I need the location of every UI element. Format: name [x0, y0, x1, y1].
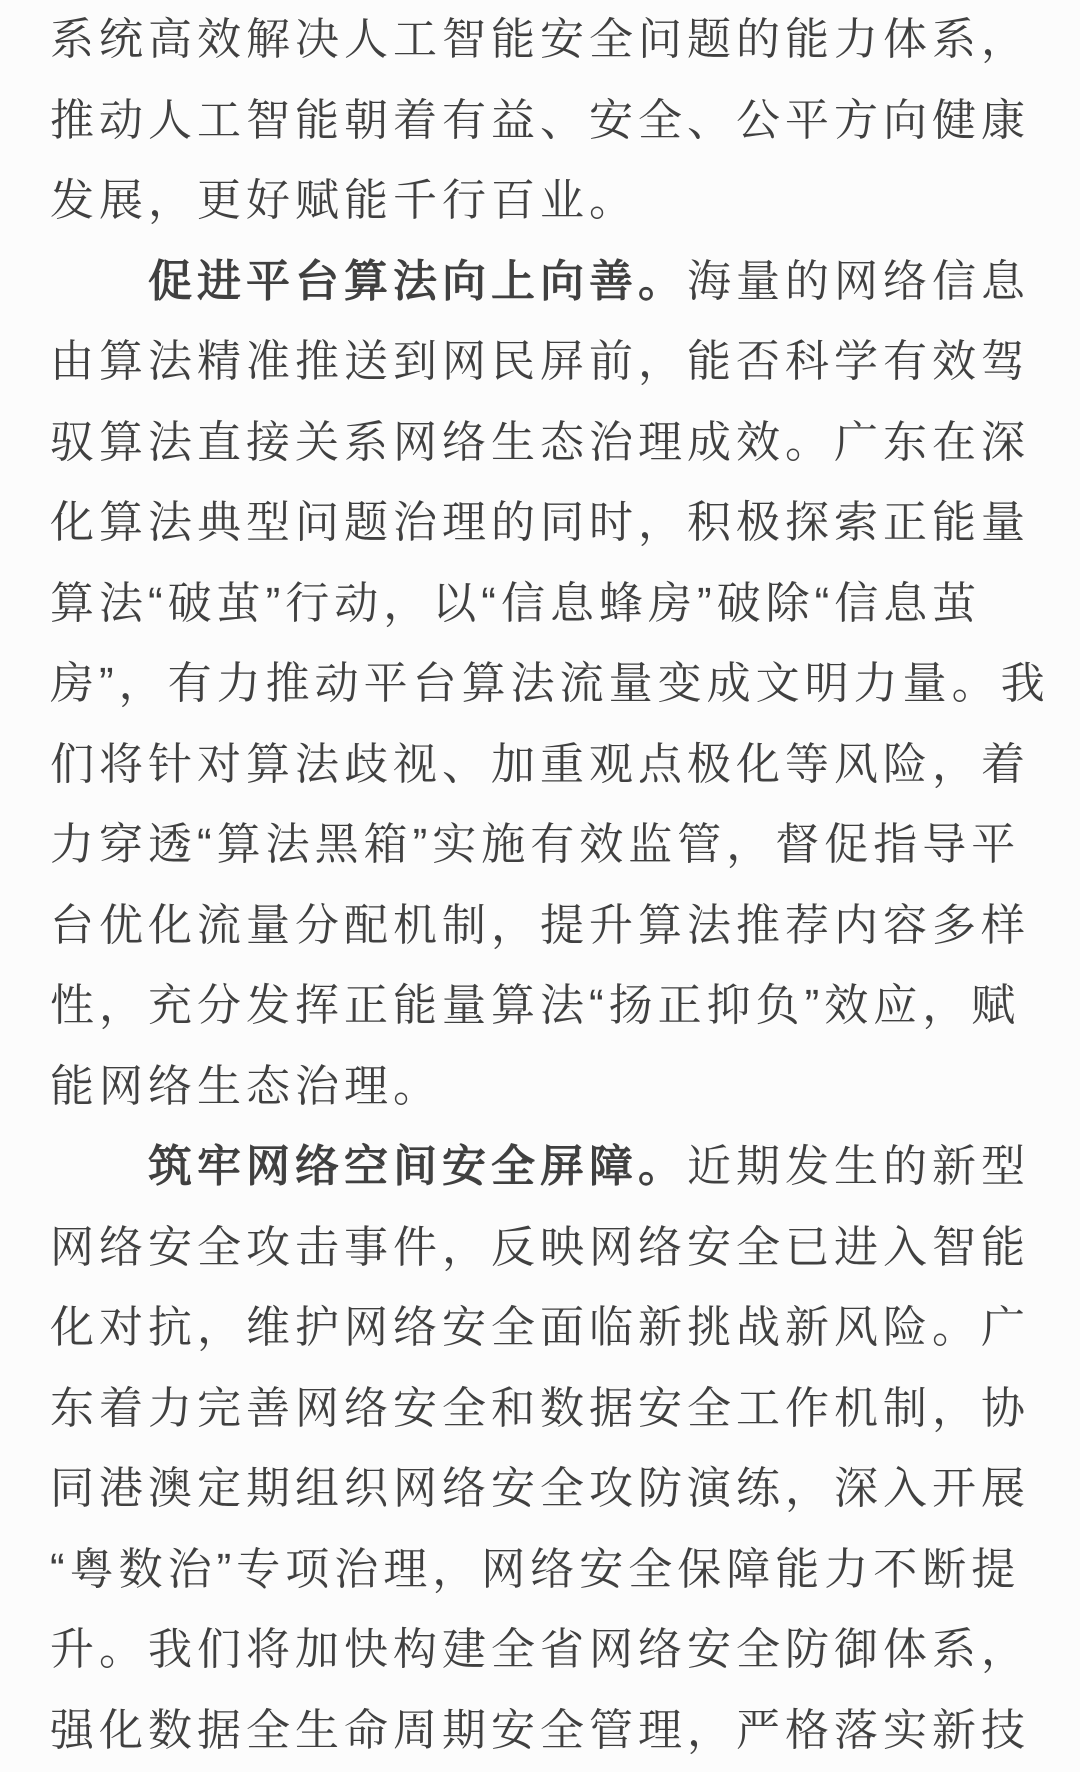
text-line: 升。我们将加快构建全省网络安全防御体系， [50, 1610, 1030, 1691]
text-segment: 房”，有力推动平台算法流量变成文明力量。我 [50, 659, 1050, 708]
text-line: 化对抗，维护网络安全面临新挑战新风险。广 [50, 1288, 1030, 1369]
text-line: 算法“破茧”行动，以“信息蜂房”破除“信息茧 [50, 564, 1030, 645]
text-segment: 驭算法直接关系网络生态治理成效。广东在深 [50, 418, 1030, 467]
text-segment: 们将针对算法歧视、加重观点极化等风险，着 [50, 740, 1030, 789]
text-line: 台优化流量分配机制，提升算法推荐内容多样 [50, 886, 1030, 967]
text-line: 强化数据全生命周期安全管理，严格落实新技 [50, 1691, 1030, 1772]
text-line: 化算法典型问题治理的同时，积极探索正能量 [50, 483, 1030, 564]
text-segment: 近期发生的新型 [687, 1142, 1030, 1191]
text-segment: 网络安全攻击事件，反映网络安全已进入智能 [50, 1223, 1030, 1272]
text-line: 力穿透“算法黑箱”实施有效监管，督促指导平 [50, 805, 1030, 886]
paragraph-lead: 促进平台算法向上向善。 [148, 257, 687, 306]
text-line: 能网络生态治理。 [50, 1047, 1030, 1128]
text-segment: 发展，更好赋能千行百业。 [50, 176, 638, 225]
text-line: 系统高效解决人工智能安全问题的能力体系， [50, 0, 1030, 81]
text-line: 驭算法直接关系网络生态治理成效。广东在深 [50, 403, 1030, 484]
text-line: 由算法精准推送到网民屏前，能否科学有效驾 [50, 322, 1030, 403]
text-segment: 力穿透“算法黑箱”实施有效监管，督促指导平 [50, 820, 1020, 869]
text-segment: 东着力完善网络安全和数据安全工作机制，协 [50, 1384, 1030, 1433]
text-segment: 升。我们将加快构建全省网络安全防御体系， [50, 1625, 1030, 1674]
text-line: 促进平台算法向上向善。海量的网络信息 [50, 242, 1030, 323]
article-page: 系统高效解决人工智能安全问题的能力体系，推动人工智能朝着有益、安全、公平方向健康… [0, 0, 1080, 1772]
text-line: 们将针对算法歧视、加重观点极化等风险，着 [50, 725, 1030, 806]
text-line: 发展，更好赋能千行百业。 [50, 161, 1030, 242]
text-segment: 能网络生态治理。 [50, 1062, 442, 1111]
text-segment: 由算法精准推送到网民屏前，能否科学有效驾 [50, 337, 1030, 386]
text-line: 东着力完善网络安全和数据安全工作机制，协 [50, 1369, 1030, 1450]
text-segment: 化算法典型问题治理的同时，积极探索正能量 [50, 498, 1030, 547]
text-segment: 同港澳定期组织网络安全攻防演练，深入开展 [50, 1464, 1030, 1513]
text-line: 性，充分发挥正能量算法“扬正抑负”效应，赋 [50, 966, 1030, 1047]
text-line: 同港澳定期组织网络安全攻防演练，深入开展 [50, 1449, 1030, 1530]
text-segment: 海量的网络信息 [687, 257, 1030, 306]
text-line: 推动人工智能朝着有益、安全、公平方向健康 [50, 81, 1030, 162]
text-segment: 系统高效解决人工智能安全问题的能力体系， [50, 15, 1030, 64]
text-segment: 台优化流量分配机制，提升算法推荐内容多样 [50, 901, 1030, 950]
text-line: “粤数治”专项治理，网络安全保障能力不断提 [50, 1530, 1030, 1611]
text-segment: 算法“破茧”行动，以“信息蜂房”破除“信息茧 [50, 579, 981, 628]
paragraph-lead: 筑牢网络空间安全屏障。 [148, 1142, 687, 1191]
text-segment: 化对抗，维护网络安全面临新挑战新风险。广 [50, 1303, 1030, 1352]
text-segment: “粤数治”专项治理，网络安全保障能力不断提 [50, 1545, 1020, 1594]
article-body: 系统高效解决人工智能安全问题的能力体系，推动人工智能朝着有益、安全、公平方向健康… [0, 0, 1080, 1771]
text-line: 网络安全攻击事件，反映网络安全已进入智能 [50, 1208, 1030, 1289]
text-segment: 强化数据全生命周期安全管理，严格落实新技 [50, 1706, 1030, 1755]
text-line: 筑牢网络空间安全屏障。近期发生的新型 [50, 1127, 1030, 1208]
text-segment: 性，充分发挥正能量算法“扬正抑负”效应，赋 [50, 981, 1020, 1030]
text-segment: 推动人工智能朝着有益、安全、公平方向健康 [50, 96, 1030, 145]
text-line: 房”，有力推动平台算法流量变成文明力量。我 [50, 644, 1030, 725]
